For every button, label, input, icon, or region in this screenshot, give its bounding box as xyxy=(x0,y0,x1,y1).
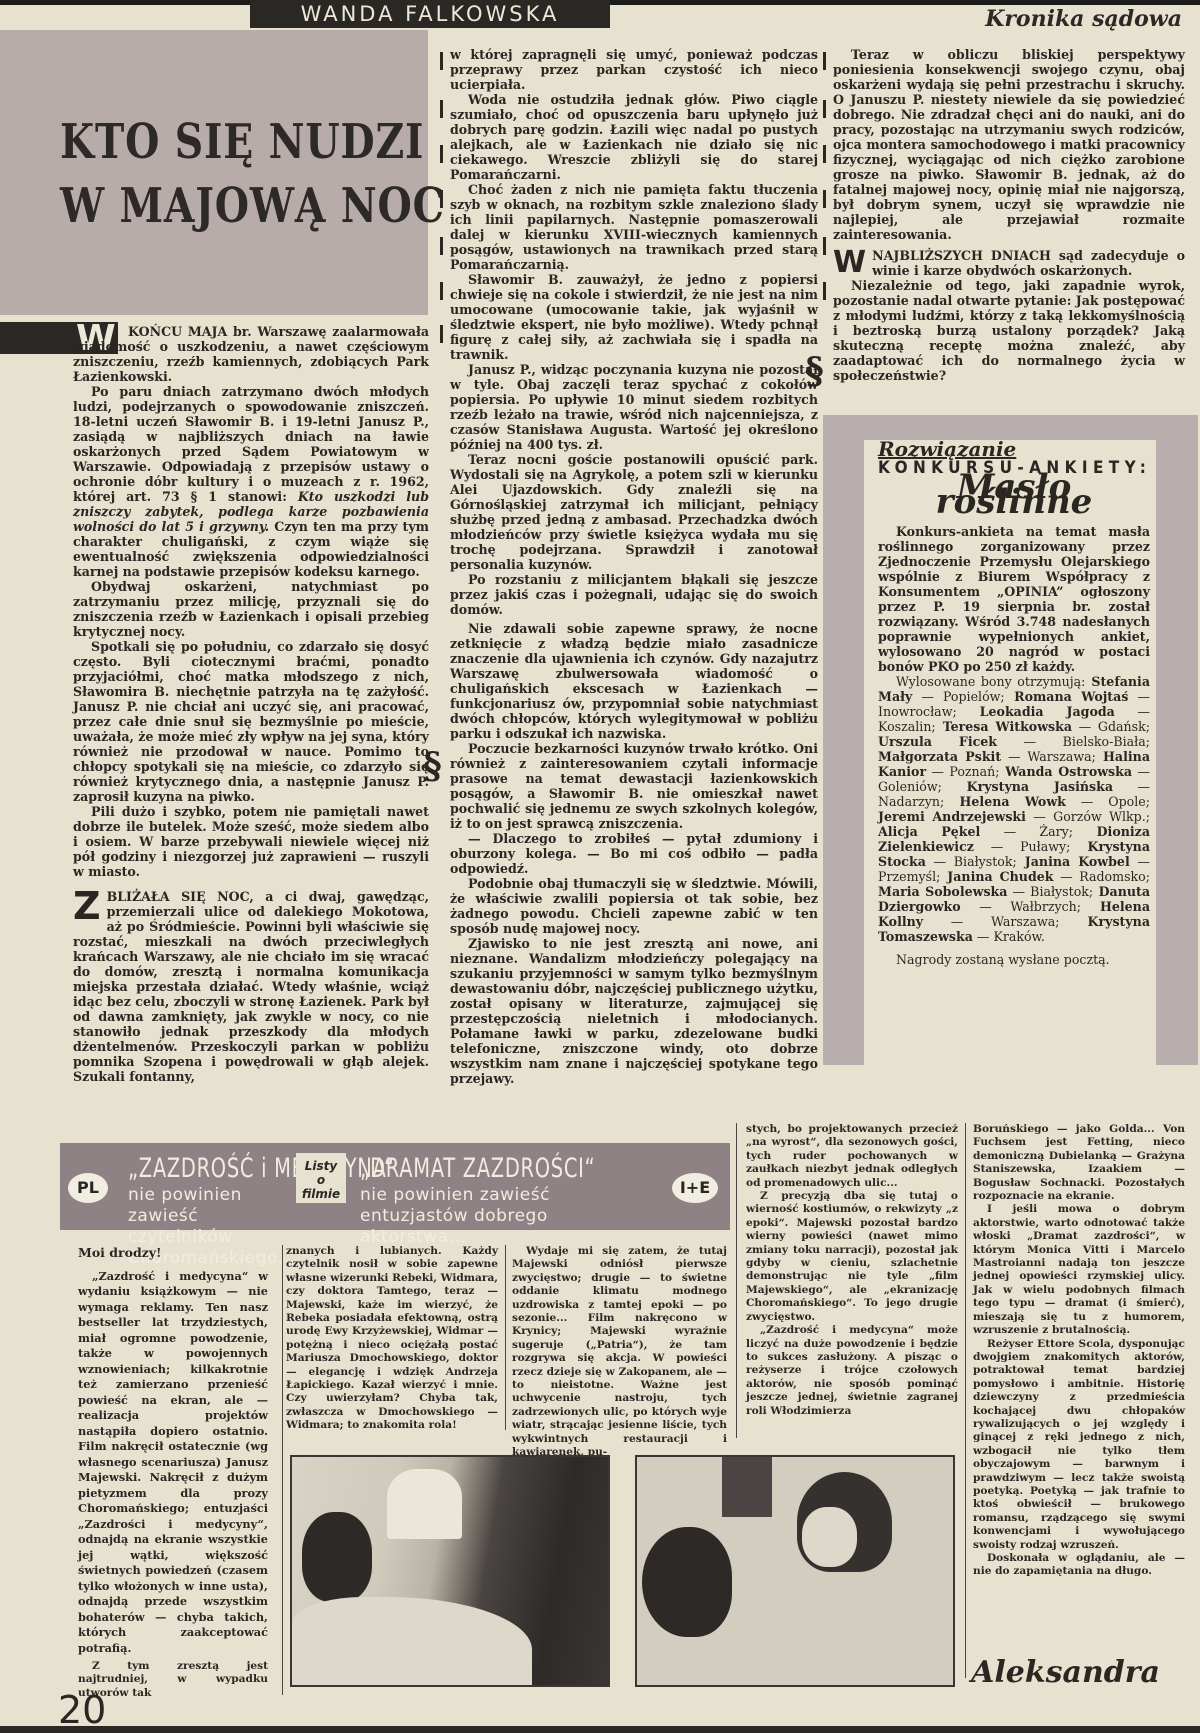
paragraph: Z precyzją dba się tutaj o wierność kost… xyxy=(746,1190,958,1324)
winner-entry: Jeremi Andrzejewski — Gorzów Wlkp.; xyxy=(878,809,1150,824)
figure-hair xyxy=(642,1527,732,1637)
film-still-left xyxy=(290,1455,610,1687)
paragraph: I jeśli mowa o dobrym aktorstwie, warto … xyxy=(973,1203,1185,1337)
winner-name: Leokadia Jagoda xyxy=(957,704,1115,719)
paragraph: Reżyser Ettore Scola, dysponując dwojgie… xyxy=(973,1338,1185,1553)
right-film-subtitle: nie powinien zawieść entuzjastów dobrego… xyxy=(360,1185,570,1248)
film-still-right xyxy=(635,1455,955,1687)
section-sign-icon: § xyxy=(805,350,824,392)
article-title: KTO SIĘ NUDZI W MAJOWĄ NOC xyxy=(60,110,355,238)
winner-name: Jeremi Andrzejewski xyxy=(878,809,1026,824)
winner-city: — Wałbrzych; xyxy=(961,899,1081,914)
paragraph: — Dlaczego to zrobiłeś — pytał zdumiony … xyxy=(450,831,818,876)
winner-city: — Bielsko-Biała; xyxy=(997,734,1150,749)
contest-content: Rozwiązanie KONKURSU-ANKIETY: Masło rośl… xyxy=(878,440,1150,967)
author-signature: Aleksandra xyxy=(971,1655,1160,1690)
paragraph: stych, bo projektowanych przecież „na wy… xyxy=(746,1123,958,1190)
review-column-5: Boruńskiego — jako Golda... Von Fuchsem … xyxy=(973,1123,1185,1579)
ie-badge: I+E xyxy=(672,1173,718,1203)
figure-hair xyxy=(302,1512,372,1602)
paragraph: Nie zdawali sobie zapewne sprawy, że noc… xyxy=(450,621,818,741)
paragraph: Choć żaden z nich nie pamięta faktu tłuc… xyxy=(450,182,818,272)
winner-city: — Opole; xyxy=(1066,794,1150,809)
dropcap-z: Z xyxy=(73,891,101,921)
margin-bar xyxy=(440,190,443,208)
lead-paragraph: KOŃCU MAJA br. Warszawę zaalarmowała wia… xyxy=(73,324,429,384)
winner-name: Romana Wojtaś xyxy=(1005,689,1129,704)
winner-city: — Popielów; xyxy=(912,689,1004,704)
paragraph-text: Po paru dniach zatrzymano dwóch młodych … xyxy=(73,384,429,504)
column-rule xyxy=(736,1123,737,1438)
winners-list: Stefania Mały — Popielów; Romana Wojtaś … xyxy=(878,674,1150,944)
winner-name: Urszula Ficek xyxy=(878,734,997,749)
paragraph: Niezależnie od tego, jaki zapadnie wyrok… xyxy=(833,278,1185,383)
column-rule xyxy=(505,1245,506,1430)
page-number: 20 xyxy=(58,1690,106,1730)
paragraph: Z tym zresztą jest najtrudniej, w wypadk… xyxy=(78,1660,268,1700)
winner-city: — Żary; xyxy=(980,824,1073,839)
paragraph: Po paru dniach zatrzymano dwóch młodych … xyxy=(73,384,429,579)
column-rule xyxy=(965,1123,966,1678)
review-column-4: stych, bo projektowanych przecież „na wy… xyxy=(746,1123,958,1418)
margin-bar xyxy=(440,145,443,163)
paragraph: Woda nie ostudziła jednak głów. Piwo cią… xyxy=(450,92,818,182)
article-column-3: Teraz w obliczu bliskiej perspektywy pon… xyxy=(833,47,1185,383)
winner-name: Helena Wowk xyxy=(944,794,1066,809)
review-column-3: Wydaje mi się zatem, że tutaj Majewski o… xyxy=(512,1245,727,1460)
winner-name: Janina Chudek xyxy=(940,869,1053,884)
winner-city: — Warszawa; xyxy=(923,914,1059,929)
label-line: Listy xyxy=(296,1159,346,1173)
face xyxy=(802,1507,857,1567)
label-line: o filmie xyxy=(296,1173,346,1201)
paragraph: Teraz w obliczu bliskiej perspektywy pon… xyxy=(833,47,1185,242)
article-column-1: KOŃCU MAJA br. Warszawę zaalarmowała wia… xyxy=(73,324,429,1084)
paragraph: Boruńskiego — jako Golda... Von Fuchsem … xyxy=(973,1123,1185,1203)
winner-city: — Puławy; xyxy=(974,839,1070,854)
paragraph: Spotkali się po południu, co zdarzało si… xyxy=(73,639,429,804)
margin-bar xyxy=(823,100,826,118)
winner-city: — Białystok; xyxy=(1007,884,1093,899)
paragraph: znanych i lubianych. Każdy czytelnik nos… xyxy=(286,1245,498,1433)
section-paragraph: Z BLIŻAŁA SIĘ NOC, a ci dwaj, gawędząc, … xyxy=(73,889,429,1084)
paragraph: Teraz nocni goście postanowili opuścić p… xyxy=(450,452,818,572)
author-byline: WANDA FALKOWSKA xyxy=(250,0,610,28)
right-film-title: „DRAMAT ZAZDROŚCI“ xyxy=(360,1153,595,1184)
winner-entry: Urszula Ficek — Bielsko-Biała; xyxy=(878,734,1150,749)
paragraph: Wydaje mi się zatem, że tutaj Majewski o… xyxy=(512,1245,727,1460)
section-paragraph: W NAJBLIŻSZYCH DNIACH sąd zadecyduje o w… xyxy=(833,248,1185,278)
paragraph: Podobnie obaj tłumaczyli się w śledztwie… xyxy=(450,876,818,936)
margin-bar xyxy=(823,190,826,208)
winner-entry: Janina Chudek — Radomsko; xyxy=(940,869,1150,884)
winner-entry: Teresa Witkowska — Gdańsk; xyxy=(936,719,1150,734)
paragraph-text: NAJBLIŻSZYCH DNIACH sąd zadecyduje o win… xyxy=(872,248,1185,278)
winner-city: — Poznań; xyxy=(926,764,999,779)
winners-intro: Wylosowane bony otrzymują: xyxy=(896,674,1085,689)
left-film-title: „ZAZDROŚĆ i MEDYCYNA“ xyxy=(128,1153,395,1184)
paragraph: Zjawisko to nie jest zresztą ani nowe, a… xyxy=(450,936,818,1086)
winner-city: — Warszawa; xyxy=(1001,749,1096,764)
greeting: Moi drodzy! xyxy=(78,1245,268,1261)
paragraph: Konkurs-ankieta na temat masła roślinneg… xyxy=(878,524,1150,674)
paragraph: Obydwaj oskarżeni, natychmiast po zatrzy… xyxy=(73,579,429,639)
margin-bar xyxy=(823,145,826,163)
winner-name: Małgorzata Pskit xyxy=(878,749,1001,764)
margin-bar xyxy=(823,282,826,300)
bottom-rule xyxy=(0,1726,1200,1733)
paragraph: w której zapragnęli się umyć, ponieważ p… xyxy=(450,47,818,92)
column-rule xyxy=(282,1245,283,1695)
margin-bar xyxy=(440,325,443,343)
margin-bar xyxy=(823,237,826,255)
contest-label: Rozwiązanie xyxy=(878,442,1150,457)
margin-bar xyxy=(823,52,826,70)
contest-heading: KONKURSU-ANKIETY: xyxy=(878,461,1123,476)
winner-entry: Helena Wowk — Opole; xyxy=(944,794,1150,809)
section-sign-icon: § xyxy=(423,745,442,787)
paragraph: „Zazdrość i medycyna“ może liczyć na duż… xyxy=(746,1324,958,1418)
review-column-1: Moi drodzy! „Zazdrość i medycyna“ w wyda… xyxy=(78,1245,268,1700)
winner-name: Teresa Witkowska xyxy=(936,719,1072,734)
margin-bar xyxy=(440,237,443,255)
letters-about-film-label: Listy o filmie xyxy=(296,1153,346,1203)
paragraph: Wylosowane bony otrzymują: Stefania Mały… xyxy=(878,674,1150,944)
winner-city: — Gorzów Wlkp.; xyxy=(1026,809,1150,824)
paragraph: Poczucie bezkarności kuzynów trwało krót… xyxy=(450,741,818,831)
winner-entry: Małgorzata Pskit — Warszawa; xyxy=(878,749,1096,764)
background-figure xyxy=(722,1457,772,1517)
winner-entry: Alicja Pękel — Żary; xyxy=(878,824,1073,839)
contest-closing: Nagrody zostaną wysłane pocztą. xyxy=(878,952,1150,967)
review-column-2: znanych i lubianych. Każdy czytelnik nos… xyxy=(286,1245,498,1433)
contest-product: Masło roślinne xyxy=(878,480,1150,510)
section-label: Kronika sądowa xyxy=(985,6,1182,32)
margin-bar xyxy=(440,100,443,118)
paragraph: Sławomir B. zauważył, że jedno z popiers… xyxy=(450,272,818,362)
winner-name: Krystyna Jasińska xyxy=(942,779,1113,794)
winner-name: Wanda Ostrowska xyxy=(1000,764,1133,779)
winner-entry: Maria Sobolewska — Białystok; xyxy=(878,884,1093,899)
article-column-2: w której zapragnęli się umyć, ponieważ p… xyxy=(450,47,818,1086)
winner-name: Alicja Pękel xyxy=(878,824,980,839)
paragraph: Pili dużo i szybko, potem nie pamiętali … xyxy=(73,804,429,879)
title-line-1: KTO SIĘ NUDZI xyxy=(60,110,355,174)
title-line-2: W MAJOWĄ NOC xyxy=(60,174,355,238)
winner-name: Maria Sobolewska xyxy=(878,884,1007,899)
bedsheet xyxy=(292,1597,532,1685)
winner-city: — Białystok; xyxy=(926,854,1017,869)
lamp-shade xyxy=(387,1469,462,1539)
paragraph: Po rozstaniu z milicjantem błąkali się j… xyxy=(450,572,818,617)
winner-city: — Radomsko; xyxy=(1054,869,1151,884)
margin-bar xyxy=(440,282,443,300)
winner-city: — Gdańsk; xyxy=(1072,719,1150,734)
paragraph: „Zazdrość i medycyna“ w wydaniu książkow… xyxy=(78,1269,268,1657)
winner-name: Janina Kowbel xyxy=(1017,854,1130,869)
paragraph-text: BLIŻAŁA SIĘ NOC, a ci dwaj, gawędząc, pr… xyxy=(73,889,429,1084)
dropcap-w: W xyxy=(833,250,866,276)
pl-badge: PL xyxy=(68,1173,108,1203)
margin-bar xyxy=(440,52,443,70)
winner-city: — Kraków. xyxy=(973,929,1045,944)
paragraph: Doskonała w oglądaniu, ale — nie do zapa… xyxy=(973,1552,1185,1579)
paragraph: Janusz P., widząc poczynania kuzyna nie … xyxy=(450,362,818,452)
film-banner: PL „ZAZDROŚĆ i MEDYCYNA“ nie powinien za… xyxy=(60,1143,730,1230)
